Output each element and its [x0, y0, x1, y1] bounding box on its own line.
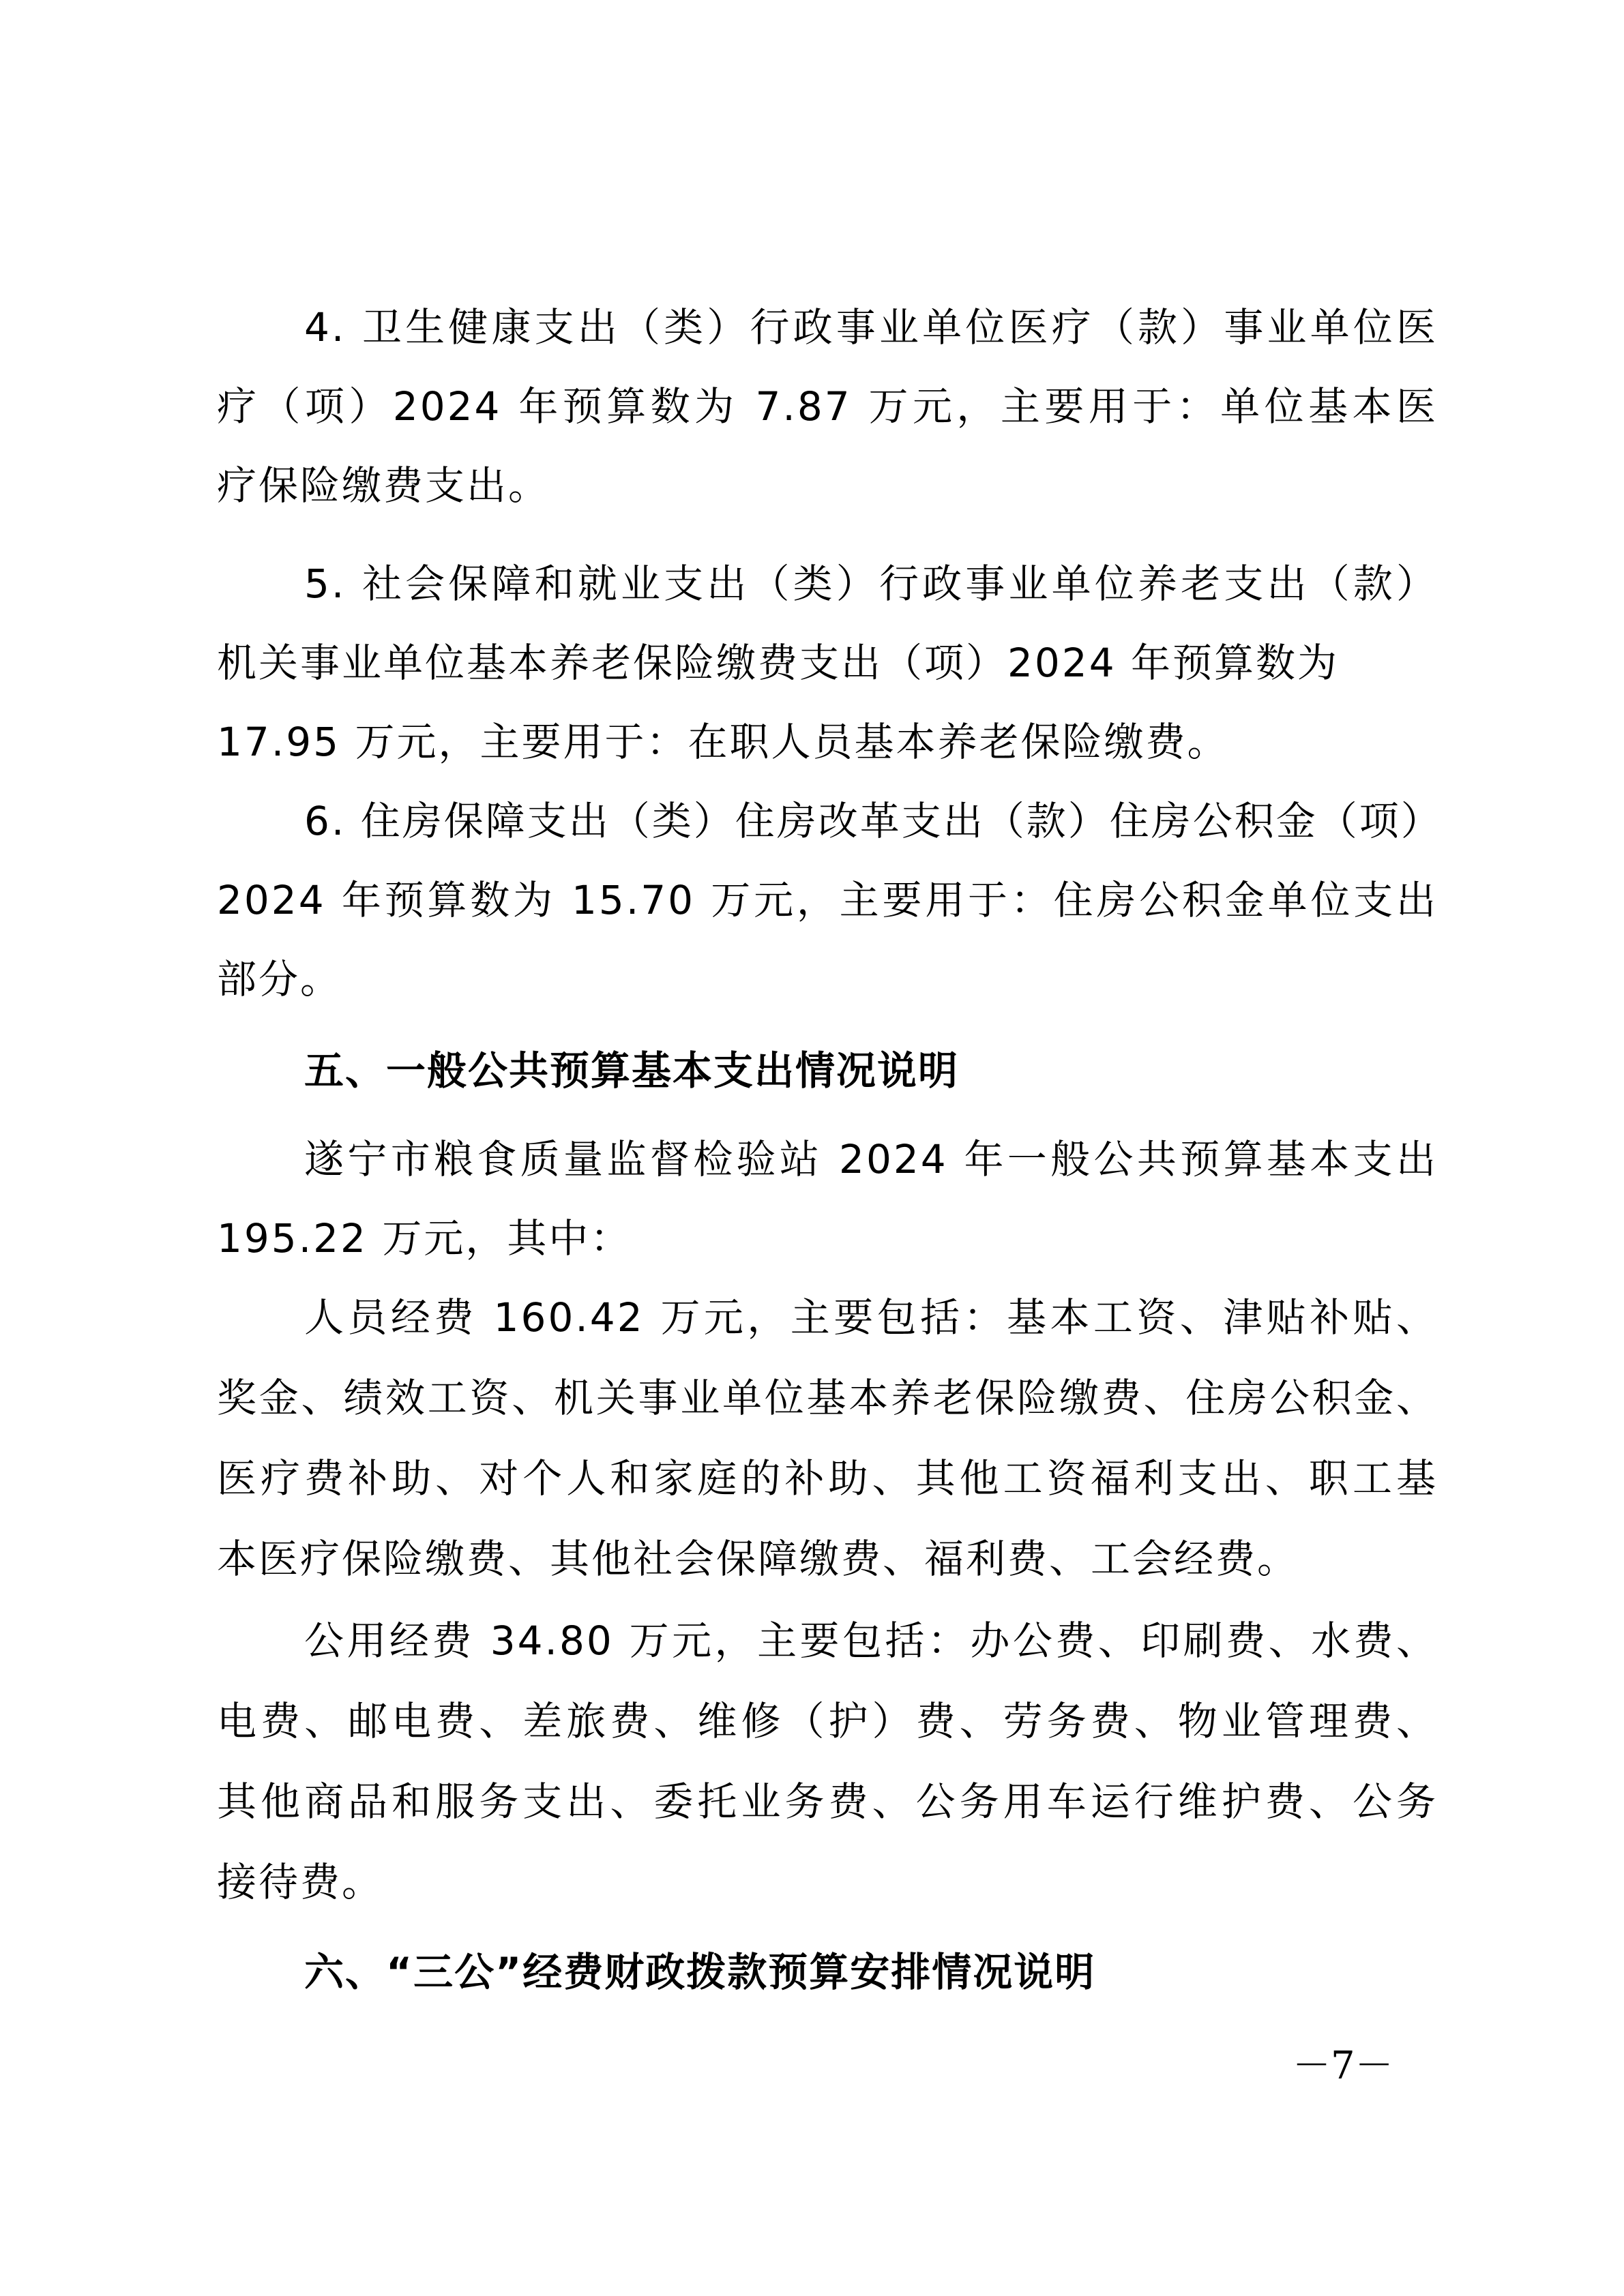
item4-line-2: 疗（项）2024 年预算数为 7.87 万元，主要用于：单位基本医: [217, 379, 1438, 434]
public-line-1: 公用经费 34.80 万元，主要包括：办公费、印刷费、水费、: [304, 1613, 1438, 1668]
personnel-line-1: 人员经费 160.42 万元，主要包括：基本工资、津贴补贴、: [304, 1290, 1438, 1345]
personnel-line-3: 医疗费补助、对个人和家庭的补助、其他工资福利支出、职工基: [217, 1451, 1438, 1506]
item5-line-3: 17.95 万元，主要用于：在职人员基本养老保险缴费。: [217, 715, 1438, 769]
public-line-2: 电费、邮电费、差旅费、维修（护）费、劳务费、物业管理费、: [217, 1694, 1438, 1748]
section6-heading: 六、“三公”经费财政拨款预算安排情况说明: [304, 1945, 1095, 1999]
public-line-3: 其他商品和服务支出、委托业务费、公务用车运行维护费、公务: [217, 1774, 1438, 1829]
item6-line-2: 2024 年预算数为 15.70 万元，主要用于：住房公积金单位支出: [217, 873, 1438, 927]
item4-line-1: 4. 卫生健康支出（类）行政事业单位医疗（款）事业单位医: [304, 300, 1438, 355]
personnel-line-4: 本医疗保险缴费、其他社会保障缴费、福利费、工会经费。: [217, 1532, 1438, 1586]
item6-line-3: 部分。: [217, 952, 1438, 1007]
item4-line-3: 疗保险缴费支出。: [217, 458, 1438, 513]
page-number: －7－: [1293, 2039, 1393, 2093]
item6-line-1: 6. 住房保障支出（类）住房改革支出（款）住房公积金（项）: [304, 794, 1438, 848]
section5-intro-line-2: 195.22 万元，其中：: [217, 1211, 1438, 1266]
item5-line-2: 机关事业单位基本养老保险缴费支出（项）2024 年预算数为: [217, 636, 1438, 690]
document-page: 4. 卫生健康支出（类）行政事业单位医疗（款）事业单位医 疗（项）2024 年预…: [0, 0, 1624, 2296]
section5-intro-line-1: 遂宁市粮食质量监督检验站 2024 年一般公共预算基本支出: [304, 1132, 1438, 1187]
item5-line-1: 5. 社会保障和就业支出（类）行政事业单位养老支出（款）: [304, 556, 1438, 611]
section5-heading: 五、一般公共预算基本支出情况说明: [304, 1043, 959, 1098]
personnel-line-2: 奖金、绩效工资、机关事业单位基本养老保险缴费、住房公积金、: [217, 1371, 1438, 1425]
public-line-4: 接待费。: [217, 1855, 1438, 1909]
